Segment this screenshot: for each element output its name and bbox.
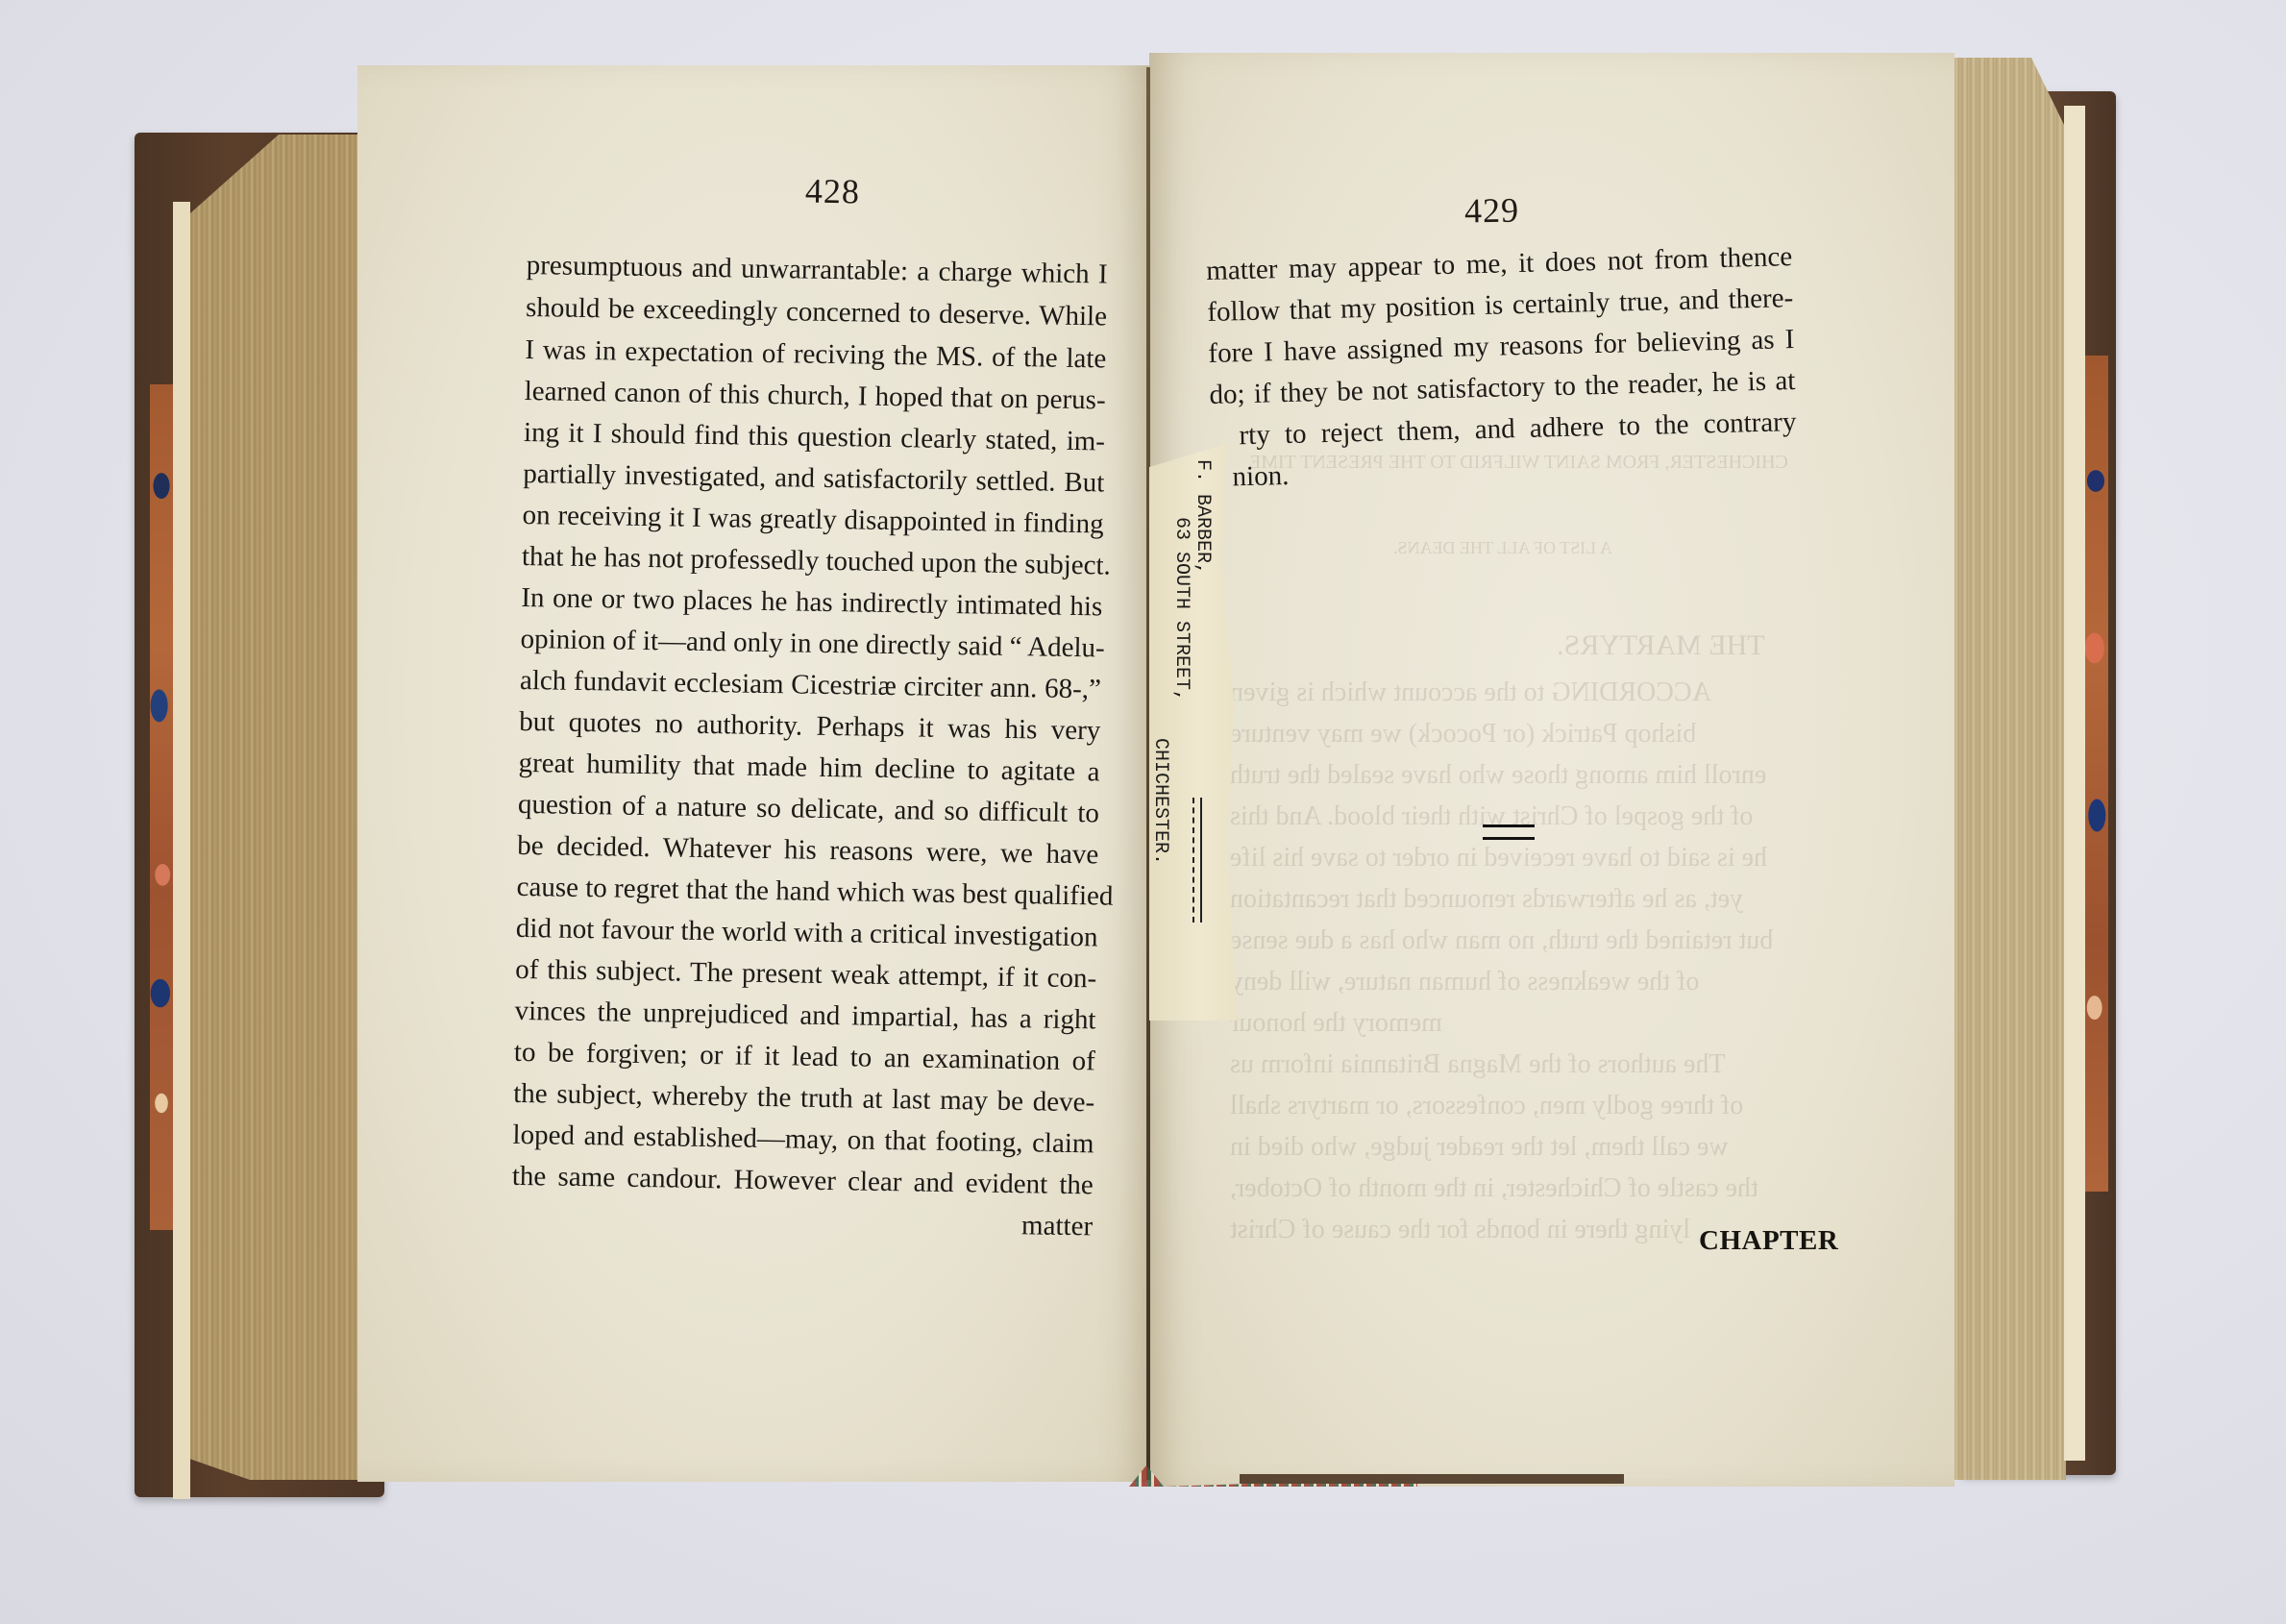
- left-page-block-edge: [173, 135, 365, 1480]
- show-through-line: A LIST OF ALL THE DEANS.: [1393, 538, 1612, 558]
- right-marbled-endpaper: [2083, 356, 2108, 1192]
- show-through-line: we call them, let the reader judge, who …: [1230, 1132, 1729, 1163]
- left-marbled-endpaper: [150, 384, 173, 1230]
- show-through-line: the castle of Chichester, in the month o…: [1230, 1173, 1758, 1204]
- show-through-line: memory the honour: [1230, 1008, 1442, 1039]
- left-flyleaf-edge: [173, 202, 190, 1499]
- slip-underline: [1192, 798, 1202, 923]
- right-flyleaf-edge: [2064, 106, 2085, 1461]
- show-through-line: CHICHESTER, FROM SAINT WILFRID TO THE PR…: [1249, 452, 1788, 474]
- slip-street: 63 SOUTH STREET,: [1170, 459, 1192, 865]
- show-through-line: bishop Patrick (or Pocock) we may ventur…: [1230, 719, 1696, 750]
- page-number-left: 428: [805, 171, 861, 212]
- text-line: nion.: [1232, 462, 1290, 491]
- page-number-right: 429: [1464, 190, 1520, 232]
- show-through-line: of the weakness of human nature, will de…: [1230, 967, 1699, 997]
- show-through-line: enroll him among those who have sealed t…: [1230, 760, 1766, 791]
- catchword-right: CHAPTER: [1699, 1225, 1838, 1257]
- show-through-line: The authors of the Magna Britannia infor…: [1230, 1049, 1726, 1080]
- show-through-line: of three godly men, confessors, or marty…: [1230, 1091, 1743, 1121]
- bookseller-slip-text: F. BARBER, 63 SOUTH STREET, CHICHESTER.: [1149, 459, 1213, 865]
- right-page-block-edge: [1951, 58, 2066, 1480]
- show-through-line: THE MARTYRS.: [1557, 629, 1765, 662]
- spine-tailcap: [1240, 1474, 1624, 1484]
- show-through-line: but retained the truth, no man who has a…: [1230, 925, 1773, 956]
- double-rule-mark: [1483, 824, 1535, 840]
- show-through-line: yet, as he afterwards renounced that rec…: [1230, 884, 1743, 915]
- slip-town: CHICHESTER.: [1149, 459, 1170, 865]
- show-through-line: he is said to have received in order to …: [1230, 843, 1767, 874]
- show-through-line: ACCORDING to the account which is given: [1230, 677, 1711, 708]
- show-through-line: lying there in bonds for the cause of Ch…: [1230, 1215, 1690, 1245]
